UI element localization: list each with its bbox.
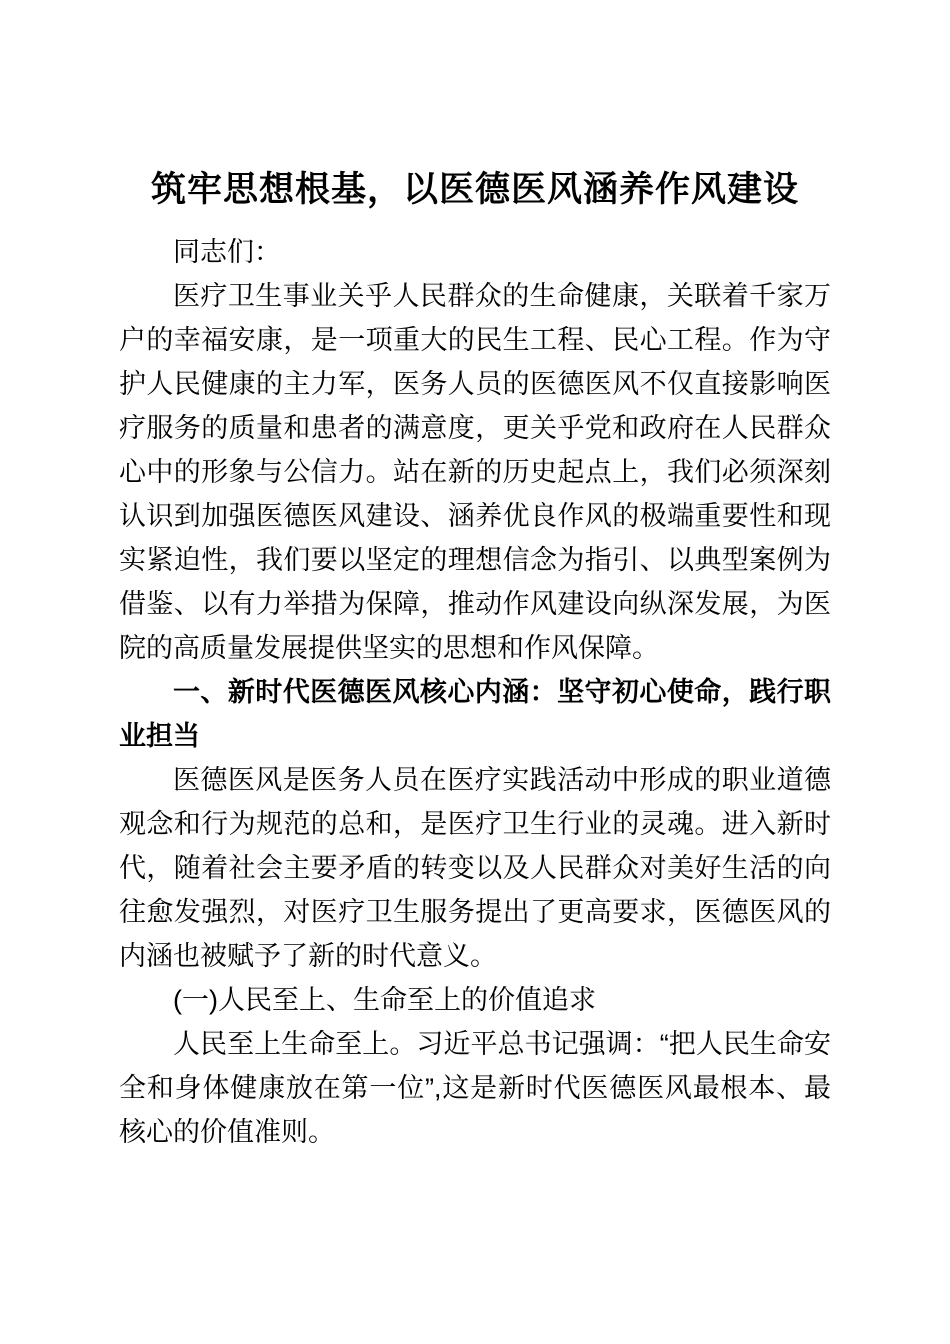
document-body: 同志们：医疗卫生事业关乎人民群众的生命健康，关联着千家万户的幸福安康，是一项重大… (119, 230, 831, 1154)
paragraph-salutation: 同志们： (119, 230, 831, 274)
document-page: 筑牢思想根基，以医德医风涵养作风建设 同志们：医疗卫生事业关乎人民群众的生命健康… (0, 0, 950, 1344)
paragraph-heading2: (一)人民至上、生命至上的价值追求 (119, 978, 831, 1022)
paragraph-body: 医疗卫生事业关乎人民群众的生命健康，关联着千家万户的幸福安康，是一项重大的民生工… (119, 274, 831, 670)
paragraph-body: 人民至上生命至上。习近平总书记强调：“把人民生命安全和身体健康放在第一位”,这是… (119, 1022, 831, 1154)
document-title: 筑牢思想根基，以医德医风涵养作风建设 (119, 166, 831, 214)
paragraph-heading1: 一、新时代医德医风核心内涵：坚守初心使命，践行职业担当 (119, 670, 831, 758)
paragraph-body: 医德医风是医务人员在医疗实践活动中形成的职业道德观念和行为规范的总和，是医疗卫生… (119, 758, 831, 978)
